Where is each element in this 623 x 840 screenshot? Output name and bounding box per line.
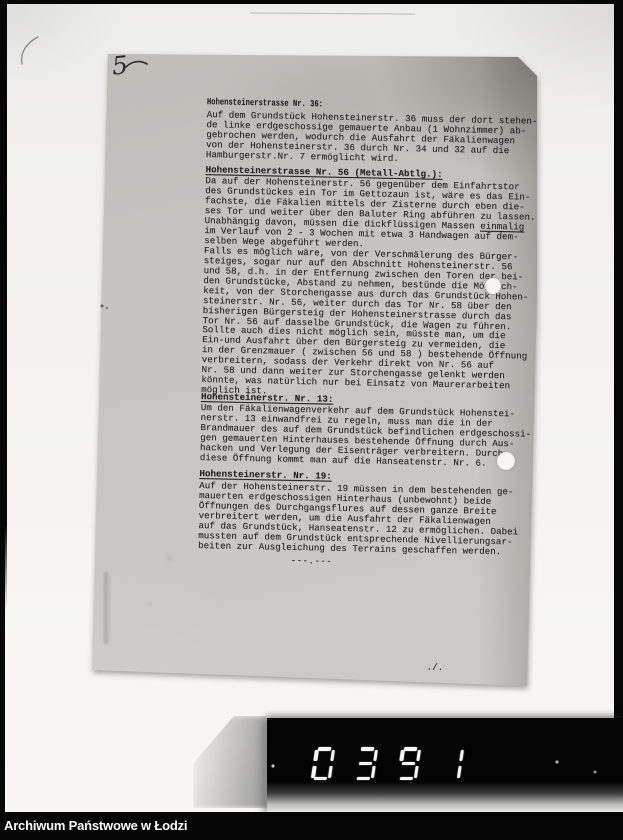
segment-a bbox=[361, 747, 374, 751]
handwritten-flourish-stroke bbox=[125, 56, 149, 74]
paragraph: Da auf der Hohensteinerstr. 56 gegenüber… bbox=[204, 176, 536, 253]
frame-counter-device bbox=[267, 718, 623, 812]
segment-a bbox=[404, 747, 417, 751]
counter-display bbox=[313, 747, 483, 780]
segment-g bbox=[359, 762, 372, 765]
counter-digit bbox=[354, 747, 379, 780]
paragraph: Falls es möglich wäre, von der Verschmäl… bbox=[202, 246, 529, 333]
paper-edge-shadow bbox=[104, 572, 111, 644]
segment-b bbox=[459, 750, 464, 762]
segment-c bbox=[457, 766, 462, 778]
segment-b bbox=[373, 750, 378, 762]
segment-c bbox=[371, 766, 376, 778]
photo-frame-top bbox=[0, 0, 623, 4]
paragraph: Auf dem Grundstück Hohensteinerstr. 36 m… bbox=[206, 110, 538, 167]
counter-specks bbox=[0, 0, 2, 2]
segment-g bbox=[402, 762, 415, 765]
punch-hole-lower bbox=[497, 452, 515, 470]
end-mark: ---.--- bbox=[291, 556, 333, 567]
pen-curl-mark bbox=[17, 35, 43, 72]
photo-frame-left bbox=[0, 0, 7, 610]
segment-c bbox=[328, 766, 333, 778]
counter-digit bbox=[397, 747, 422, 780]
counter-digit bbox=[440, 747, 465, 780]
segment-e bbox=[311, 766, 316, 778]
segment-d bbox=[357, 777, 370, 781]
segment-b bbox=[416, 750, 421, 762]
continuation-mark: ./. bbox=[426, 663, 443, 673]
counter-digit bbox=[311, 747, 336, 780]
paragraph: Um den Fäkalienwagenverkehr auf dem Grun… bbox=[200, 403, 532, 470]
segment-d bbox=[400, 777, 413, 781]
segment-d bbox=[314, 777, 327, 781]
segment-b bbox=[330, 750, 335, 762]
archive-scan: 5 Hohensteinerstrasse Nr. 36:Auf dem Gru… bbox=[0, 0, 623, 840]
paragraph: Auf der Hohensteinerstr. 19 müssen in de… bbox=[198, 481, 519, 557]
archive-watermark-bar: Archiwum Państwowe w Łodzi bbox=[0, 812, 623, 840]
paragraph: Sollte auch dies nicht möglich sein, müs… bbox=[201, 325, 528, 402]
punch-hole-upper bbox=[485, 278, 501, 294]
segment-a bbox=[318, 747, 331, 751]
segment-f bbox=[399, 750, 404, 762]
archive-watermark-label: Archiwum Państwowe w Łodzi bbox=[4, 812, 187, 840]
segment-f bbox=[313, 750, 318, 762]
photo-frame-right bbox=[614, 0, 623, 812]
segment-c bbox=[414, 766, 419, 778]
